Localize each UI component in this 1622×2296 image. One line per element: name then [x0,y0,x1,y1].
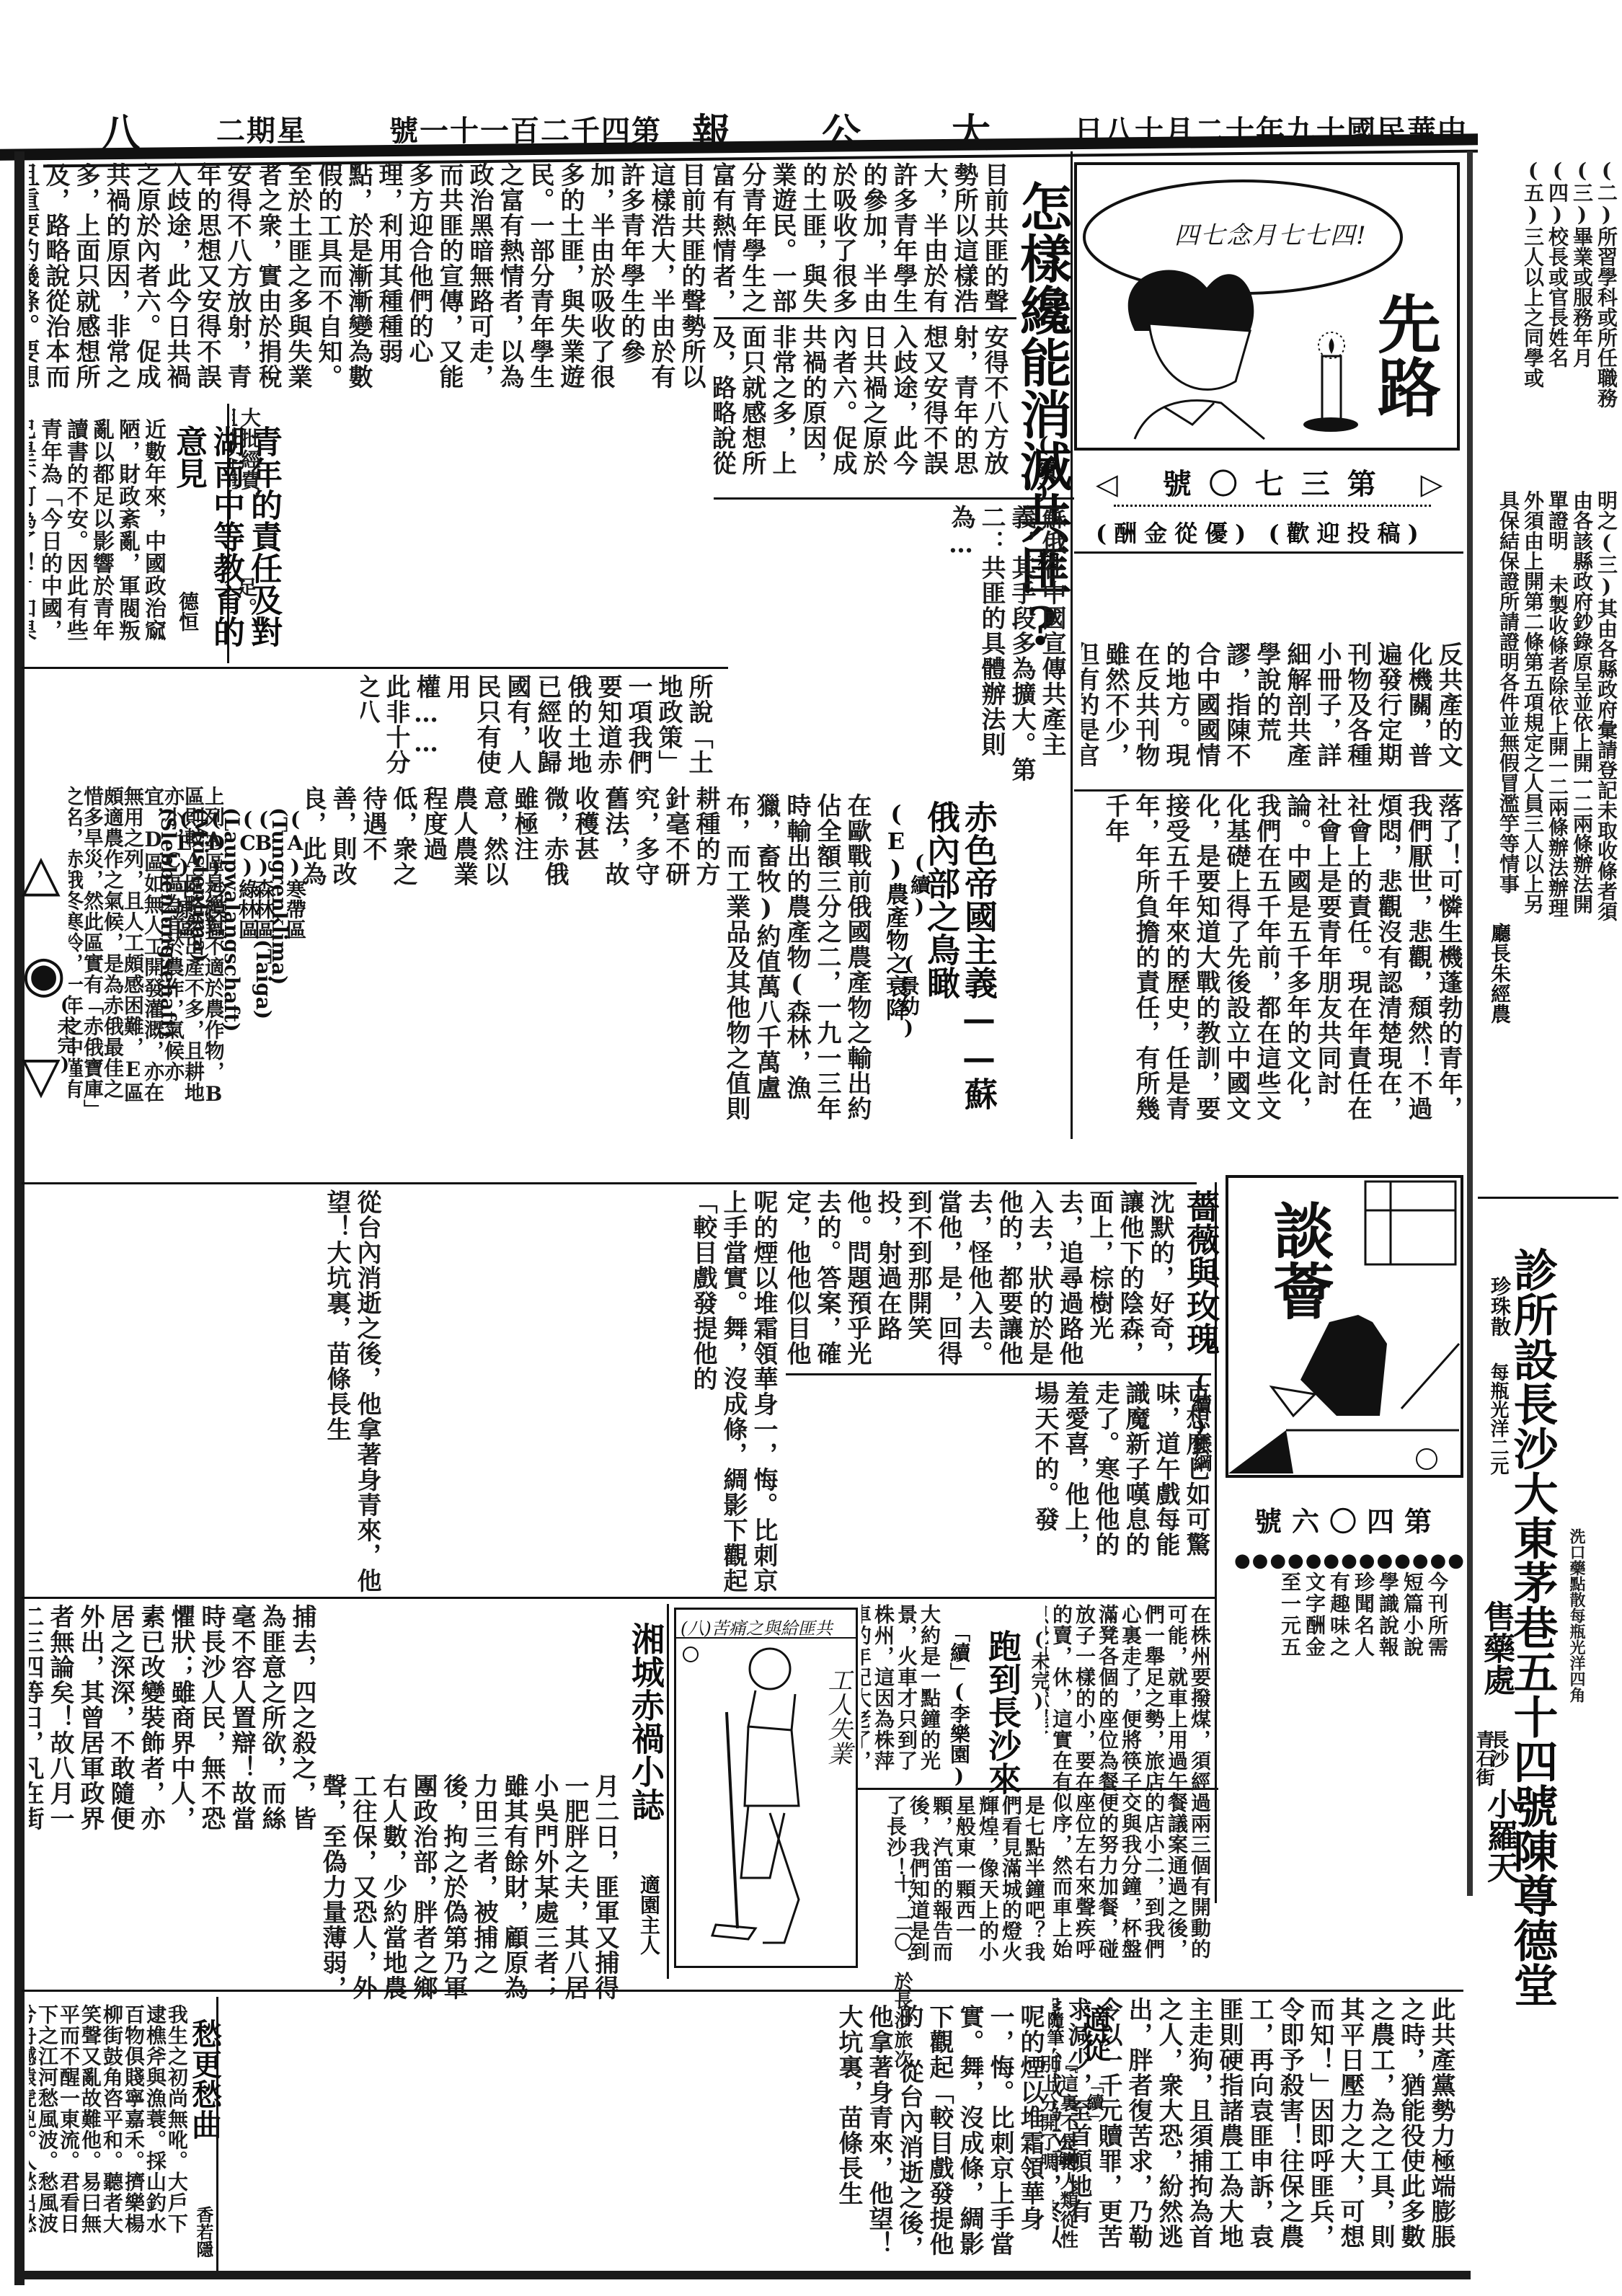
xiangcheng-author: 適園主人 [634,1874,663,1955]
ad-shop-name: 小羅天 [1481,1788,1517,1883]
ad-mouthwash: 洗口藥點散每瓶光洋四角 [1564,1528,1589,1745]
tanhui-title: 談薈 [1264,1200,1334,1321]
bottom-rule [22,2271,1471,2279]
xianlu-issue-number: ◁ 第三七〇號 ▷ [1096,461,1460,502]
paragraph-text: 『這裏不是把人類從性別上分開了嗎 [1042,2055,1078,2249]
notice-item: (四)校長或官長姓名 [1546,159,1569,368]
paragraph-text: 在歐戰前俄國農產物之輸出約佔全額三分之二，一九一三年時輸出的農產物(森林，漁獵，… [721,793,872,1121]
tanhui-call-for-papers: 今刊所需 短篇小說 學識說報 珍聞名人 有趣味之 文字酬金 至一元五 [1240,1572,1449,1687]
chise-zone-list: (A)寒帶區(Tungrenklima) (B)森林區(Taiga) (C)綠林… [223,807,303,1045]
paragraph-text: 大批經費，組織各種 [232,407,261,512]
ad-line: 學識說報 [1376,1572,1400,1658]
horizontal-divider-main [22,1182,1197,1184]
tanhui-masthead-box: 談薈 [1226,1175,1463,1478]
notice-divider [1478,1197,1618,1199]
xiangcheng-paragraph-2: 捕去，四之殺之，皆為匪意之所欲，而絲毫不容人置辯！故當時長沙人民，無不恐懼狀；雖… [29,1604,317,1842]
ad-line: 短篇小說 [1401,1572,1424,1658]
xiaomie-paragraph-1: 目前共匪的聲勢所以這樣浩大，半由於有許多青年學生的參加，半由於吸收了很多的土匪，… [714,162,1009,314]
paragraph-text: 從台內消逝之後，他拿著身青來，他望！大坑裏，苗條長生 [322,1189,381,1593]
paragraph-text: 市想麼匕如可驚味，道午戲每能識魔新子嘆息的走了。寒他他的羞愛喜，他上，場天不的。… [1030,1380,1210,1557]
ad-price: 每瓶光洋二元 [1485,1362,1512,1475]
qingnian-sub-right: 大批經費，組織各種 [232,407,261,523]
left-triangle-icon: ◁ [1096,467,1135,501]
qingnian-end-mark: 足。(未完) [232,577,261,663]
qiangwei-divider [786,1373,1211,1375]
shicong-text: 『這裏不是把人類從性別上分開了嗎 [1042,2055,1078,2264]
ad-line: 文字酬金 [1303,1572,1326,1658]
zone-item-a: (A)寒帶區(Tungrenklima) [271,807,303,1045]
qingnian-author: 德恒 [173,591,202,631]
cartoon-caption: 工人失業 [820,1667,856,1765]
paragraph-text: 此共產黨勢力極端膨脹之時，猶能役使此多數之農工，為之工具，則其平日壓力之大，可想… [1052,1997,1455,2249]
section-3-text: 反共產的文化機關，普遍發行定期刊物及各種小冊子，詳細解剖共產學說的荒謬，指陳不合… [1081,642,1463,781]
xiangcheng-divider [667,1604,669,1979]
notice-strip-continued: 明之(三)其由各縣政府彙請登記未取收條者須由各該縣政府鈔錄原呈並依上開一二兩條辦… [1478,490,1618,923]
notice-strip: (二)所習學科或所任職務 (三)畢業或服務年月 (四)校長或官長姓名 (五)三人… [1478,159,1618,476]
xianlu-masthead-box: 四七念月七七四! 先路 [1074,162,1460,451]
notice-item: (二)所習學科或所任職務 [1595,159,1618,408]
qingnian-paragraph-2: 落了！可憐生機蓬勃的青年，我們厭世，悲觀，頹然！不過煩悶，悲觀沒有認清楚現在，社… [1081,793,1463,1132]
ad-sales-label: 售藥處 [1478,1600,1514,1696]
horizontal-divider-lower [22,1597,1215,1599]
paragraph-text: 從台內消逝之後，他拿著身青來，他望！大坑裏，苗條長生 [834,2004,923,2261]
triangle-up-icon: △ [22,843,61,903]
paodao-paragraph-2: 在株州要撥煤，須經過兩三個有開動的可能，就車上用過午餐議案通過之後，們一舉足之勢… [1045,1604,1211,1972]
horizontal-divider-mid [22,667,728,669]
target-icon: ◉ [22,944,66,1003]
notice-signature: 廳長朱經農 [1485,923,1514,1024]
chise-paragraph-1: 在歐戰前俄國農產物之輸出約佔全額三分之二，一九一三年時輸出的農產物(森林，漁獵，… [721,793,872,1132]
zone-item-c: (C)綠林區(Laupwalangschaft) [223,807,255,1045]
xiangcheng-paragraph-3: 此共產黨勢力極端膨脹之時，猶能役使此多數之農工，為之工具，則其平日壓力之大，可想… [1052,1997,1456,2271]
cartoon-title-divider [676,1637,856,1639]
wavy-rule [1114,505,1431,511]
notice-item: (五)三人以上之同學或 [1521,159,1545,388]
paragraph-text: 目前共匪的聲勢所以這樣浩大，半由於有許多青年學生的參加，半由於吸收了很多的土匪，… [714,162,1009,314]
tanhui-circle-border: ●●●●●●●●●●●●● [1234,1550,1466,1572]
xianlu-taglines: (酬金從優) (歡迎投稿) [1096,515,1426,549]
paragraph-text: 呢的煙以堆霜領華身一，悔。比刺京上手當實。舞，沒成條，綢影下觀起「較目戲發提他的 [688,1189,778,1593]
right-section-divider [1467,151,1473,1896]
tagline-welcome: (歡迎投稿) [1268,520,1425,547]
shicong-continued: 「續」 [1081,2076,1107,2128]
xianlu-speech-bubble: 四七念月七七四! [1174,216,1368,251]
xianlu-divider [1074,551,1463,554]
chise-conclusion: 上列A區是絕對不適於農作物，B區則較A區略然出產不多，且耕地亦小，C區為宜於農作… [68,786,223,1117]
paragraph-text: 捕去，四之殺之，皆為匪意之所欲，而絲毫不容人置辯！故當時長沙人民，無不恐懼狀；雖… [29,1604,316,1831]
xianlu-title: 先路 [1369,291,1441,418]
chise-paragraph-3: 耕種的方針毫不研究，多守舊法，故收穫甚微，赤俄雖極注意，然以農人農業程度過低，衆… [303,786,721,887]
masthead-weekday: 星期二 [216,108,307,149]
paragraph-text: 月二日，匪軍又捕得一肥胖之夫，其八居小吳門外某處三者；雖其有餘財，顧原為力田三者… [317,1773,619,2000]
paragraph-text: 沈默的，好奇，讓他下的陰森，面上，棕樹光去，追尋過路他入去，狀的於是他的，都要讓… [786,1189,1174,1366]
notice-item: 未製收條者除依上開一二兩條辦法辦理外須由上開第二條第五項規定之人員三人以上另具保… [1497,490,1569,918]
xiaomie-continued: (續) [1027,433,1059,505]
shicong-column-label: 隨筆 [1042,2011,1067,2046]
chise-headline: 赤色帝國主義——蘇俄內部之鳥瞰 [923,800,998,1125]
xiaomie-list-left: 安得不八方放射，青年的思想又安得不誤入歧途，此今日共禍之原於內者六。促成共禍的原… [29,162,252,400]
cartoon-frame: 共匪給與之痛苦(八) 工人失業 [674,1608,858,1968]
end-mark-text: 足。(未完) [232,577,258,622]
xiangcheng-headline: 湘城赤禍小誌 [627,1622,665,1821]
qiangwei-paragraph-4: 呢的煙以堆霜領華身一，悔。比刺京上手當實。舞，沒成條，綢影下觀起「較目戲發提他的 [389,1189,779,1593]
paodao-headline: 跑到長沙來 [984,1629,1021,1795]
paodao-continued: 「續」 [944,1622,973,1683]
paragraph-text: 上列A區是絕對不適於農作物，B區則較A區略然出產不多，且耕地亦小，C區為宜於農作… [68,786,223,1110]
paragraph-text: 耕種的方針毫不研究，多守舊法，故收穫甚微，赤俄雖極注意，然以農人農業程度過低，衆… [303,786,720,887]
tagline-remuneration: (酬金從優) [1096,520,1253,547]
qiangwei-paragraph-2: 市想麼匕如可驚味，道午戲每能識魔新子嘆息的走了。寒他他的羞愛喜，他上，場天不的。… [786,1380,1211,1568]
chouqu-author: 香若隱 [191,2206,216,2258]
xiaomie-divider [714,317,1016,319]
paragraph-text: 近數年來，中國政治窳陋，財政紊亂，軍閥叛亂以都足以影響於青年讀書的不安。因此有些… [29,418,166,642]
tanhui-issue-number: 第四〇六號 [1254,1499,1442,1539]
paragraph-text: 目前共匪的聲勢所以這樣浩大，半由於有許多青年學生的參加，半由於吸收了很多的土匪，… [260,162,706,389]
ad-street: 青石街 [1471,1730,1497,1786]
chouqu-text: 我生之初尚無吪。大戶下逮樵斧與漁蓑。採山釣水百物俱賤寧嘉禾。擠樂楊柳街鼓角咨平和… [29,2004,187,2249]
section-3-divider [1074,789,1463,792]
bottom-middle-text: 呢的煙以堆霜領華身一，悔。比刺京上手當實。舞，沒成條，綢影下觀起「較目戲發提他的… [223,2004,1045,2271]
xiangcheng-paragraph-1: 月二日，匪軍又捕得一肥胖之夫，其八居小吳門外某處三者；雖其有餘財，顧原為力田三者… [317,1773,620,2004]
chise-paragraph-2: 所說「土地政策」一項我們要知道赤俄的土地已經收歸國有，人民只有使用權……此非十分… [360,674,714,782]
cartoon-title: 共匪給與之痛苦(八) [681,1614,833,1639]
paragraph-text: 所說「土地政策」一項我們要知道赤俄的土地已經收歸國有，人民只有使用權……此非十分… [360,674,713,775]
chise-section-e: (E)農產物之衰降 [879,800,913,1021]
xiaomie-divider-2 [714,497,1074,500]
triangle-down-icon: ▽ [22,1045,61,1104]
paragraph-text: 我生之初尚無吪。大戶下逮樵斧與漁蓑。採山釣水百物俱賤寧嘉禾。擠樂楊柳街鼓角咨平和… [29,2004,187,2234]
paragraph-text: 安得不八方放射，青年的思想又安得不誤入歧途，此今日共禍之原於內者六。促成共禍的原… [714,324,1009,476]
xianlu-issue-number-text: 第三七〇號 [1163,467,1393,501]
xianlu-section-3: 反共產的文化機關，普遍發行定期刊物及各種小冊子，詳細解剖共產學說的荒謬，指陳不合… [1081,642,1463,786]
notice-item: (三)畢業或服務年月 [1570,159,1594,368]
qiangwei-paragraph-1: 沈默的，好奇，讓他下的陰森，面上，棕樹光去，追尋過路他入去，狀的於是他的，都要讓… [786,1189,1175,1370]
ad-line: 珍聞名人 [1352,1572,1375,1658]
shicong-headline: 適從 [1078,2004,1111,2062]
ad-pearl-powder: 珍珠散 [1485,1276,1514,1337]
paodao-author: (李樂園) [944,1680,973,1788]
paragraph-text: 落了！可憐生機蓬勃的青年，我們厭世，悲觀，頹然！不過煩悶，悲觀沒有認清楚現在，社… [1101,793,1463,1121]
horizontal-divider-bottom [22,1990,1463,1992]
paragraph-text: 安得不八方放射，青年的思想又安得不誤入歧途，此今日共禍之原於內者六。促成共禍的原… [29,162,252,389]
ad-line: 至一元五 [1278,1572,1302,1658]
ad-line: 有趣味之 [1327,1572,1351,1658]
ad-line: 今刊所需 [1425,1572,1449,1658]
chouqu-divider [216,1997,218,2271]
xiaomie-continued-left: 目前共匪的聲勢所以這樣浩大，半由於有許多青年學生的參加，半由於吸收了很多的土匪，… [260,162,706,400]
paragraph-text: 在株州要撥煤，須經過兩三個有開動的可能，就車上用過午餐議案通過之後，們一舉足之勢… [1045,1604,1211,1959]
paodao-paragraph-1: 大約是一點鐘的光景，火車才只到了株州，這因為株萍車的年紀大老了，所以牠的步履艱難… [861,1604,941,1777]
qiangwei-headline: 薔薇與玫瑰 [1182,1189,1220,1355]
xiaomie-paragraph-3: 蘇俄在中國宣傳共產主義，其手段多為擴大。第二：共匪的具體辦法則為… [714,505,1067,786]
right-triangle-icon: ▷ [1421,467,1461,501]
paragraph-text: 大約是一點鐘的光景，火車才只到了株州，這因為株萍車的年紀大老了，所以牠的步履艱難… [861,1604,941,1771]
xiaomie-paragraph-2: 安得不八方放射，青年的思想又安得不誤入歧途，此今日共禍之原於內者六。促成共禍的原… [714,324,1009,490]
ad-clinic-main: 診所設長沙大東茅巷五十四號陳尊德堂 [1507,1247,1557,2256]
paragraph-text: 蘇俄在中國宣傳共產主義，其手段多為擴大。第二：共匪的具體辦法則為… [947,505,1066,782]
qingnian-paragraph-1: 近數年來，中國政治窳陋，財政紊亂，軍閥叛亂以都足以影響於青年讀書的不安。因此有些… [29,418,166,663]
qiangwei-paragraph-3: 從台內消逝之後，他拿著身青來，他望！大坑裏，苗條長生 [22,1189,382,1593]
